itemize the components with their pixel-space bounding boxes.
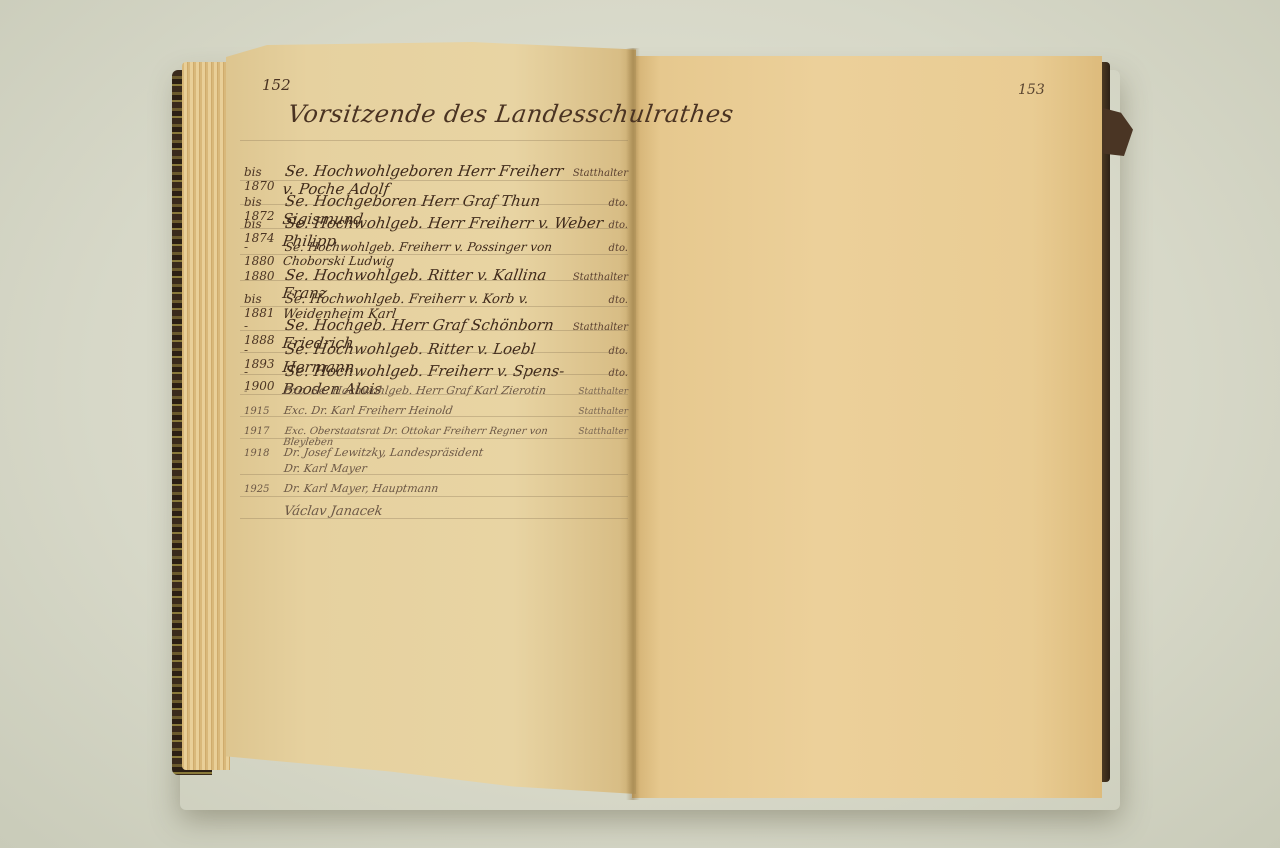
ledger-entry: 1925 Dr. Karl Mayer, Hauptmann: [244, 482, 628, 495]
entry-year: 1917: [244, 426, 278, 437]
left-page: [226, 42, 636, 794]
ledger-entry: 1918 Dr. Josef Lewitzky, Landespräsident: [244, 446, 628, 459]
ledger-entry: - Exc. Se. Hochwohlgeb. Herr Graf Karl Z…: [244, 384, 628, 397]
ruled-line: [240, 518, 628, 519]
ruled-line: [240, 416, 628, 417]
entry-year: 1918: [244, 448, 278, 459]
ruled-line: [240, 180, 628, 181]
page-block-edges: [182, 62, 230, 770]
entry-year: 1925: [244, 484, 278, 495]
right-page-number: 153: [1018, 82, 1045, 98]
ruled-line: [240, 438, 628, 439]
entry-role: dto.: [609, 220, 628, 231]
ruled-line: [240, 374, 628, 375]
entry-role: Statthalter: [573, 322, 628, 333]
entry-role: Statthalter: [578, 387, 628, 397]
book-gutter: [626, 48, 640, 800]
ruled-line: [240, 280, 628, 281]
right-page: [632, 56, 1102, 798]
torn-cover-corner: [1103, 108, 1133, 156]
entry-role: Statthalter: [578, 427, 628, 437]
ledger-entry: Václav Janacek: [244, 504, 628, 519]
ruled-line: [240, 228, 628, 229]
entry-role: Statthalter: [573, 168, 628, 179]
entry-role: Statthalter: [573, 272, 628, 283]
ledger-entry: 1917 Exc. Oberstaatsrat Dr. Ottokar Frei…: [244, 426, 628, 448]
entry-name: Exc. Oberstaatsrat Dr. Ottokar Freiherr …: [282, 426, 573, 448]
entry-role: dto.: [609, 295, 628, 306]
ruled-line: [240, 306, 628, 307]
ruled-line: [240, 254, 628, 255]
left-page-number: 152: [262, 76, 291, 94]
ruled-line: [240, 330, 628, 331]
entry-year: bis 1870: [244, 165, 278, 193]
entry-name: Václav Janacek: [283, 504, 623, 519]
entry-name: Dr. Karl Mayer, Hauptmann: [283, 482, 623, 495]
ruled-line: [240, 140, 628, 141]
page-title: Vorsitzende des Landesschulrathes: [286, 100, 735, 128]
ruled-line: [240, 474, 628, 475]
ruled-line: [240, 204, 628, 205]
ruled-line: [240, 394, 628, 395]
entry-name: Exc. Se. Hochwohlgeb. Herr Graf Karl Zie…: [283, 384, 573, 397]
ruled-line: [240, 352, 628, 353]
entry-name: Dr. Josef Lewitzky, Landespräsident: [283, 446, 623, 459]
entry-role: dto.: [609, 243, 628, 254]
entry-year: -: [244, 386, 278, 397]
ruled-line: [240, 496, 628, 497]
